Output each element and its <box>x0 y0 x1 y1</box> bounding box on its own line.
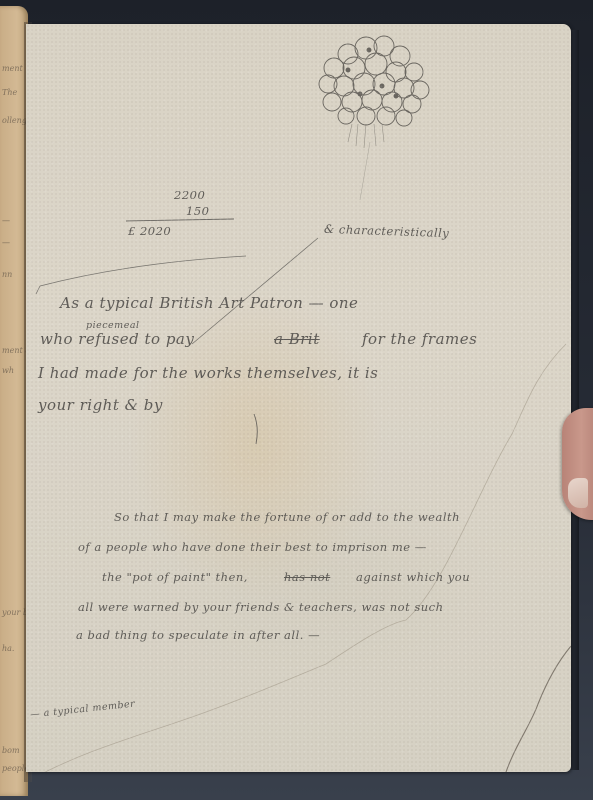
thumbnail <box>568 478 588 508</box>
p2-line-2: of a people who have done their best to … <box>78 540 427 554</box>
calc-line-1: 2200 <box>174 188 205 202</box>
left-page-fragment: — <box>2 216 10 217</box>
p2-struck-text: has not <box>284 570 330 584</box>
p2-line-1: So that I may make the fortune of or add… <box>114 510 460 524</box>
left-page-fragment: The <box>2 88 17 89</box>
p1-line-2: who refused to pay <box>40 330 194 348</box>
left-page-fragment: ment <box>2 64 23 65</box>
p1-line-3: I had made for the works themselves, it … <box>38 364 378 382</box>
p1-struck-text: a Brit <box>274 330 320 348</box>
notebook-page: 2200 150 £ 2020 & characteristically As … <box>26 24 571 772</box>
left-page-fragment: ha. <box>2 644 14 645</box>
p2-line-4: all were warned by your friends & teache… <box>78 600 444 614</box>
holding-thumb <box>562 408 593 520</box>
left-page-fragment: bom <box>2 746 20 747</box>
notebook-photo: ment The olleng — — nn ment & wh your bi… <box>0 0 593 800</box>
p2-line-3b: against which you <box>356 570 470 584</box>
left-page-fragment: — <box>2 238 10 239</box>
left-page-fragment: wh <box>2 366 14 367</box>
p1-line-1: As a typical British Art Patron — one <box>60 294 358 312</box>
marginal-note-characteristically: & characteristically <box>324 222 450 240</box>
calc-line-2: 150 <box>186 204 209 218</box>
calc-line-3: £ 2020 <box>128 224 171 238</box>
p2-line-3: the "pot of paint" then, <box>102 570 248 584</box>
marginal-note-typical-member: — a typical member <box>30 699 136 721</box>
p2-line-5: a bad thing to speculate in after all. — <box>76 628 320 642</box>
page-edge-shadow <box>571 30 579 770</box>
left-page-fragment: nn <box>2 270 12 271</box>
flower-sketch-icon <box>319 36 429 200</box>
p1-line-4: your right & by <box>38 396 163 414</box>
p1-line-2b: for the frames <box>362 330 477 348</box>
